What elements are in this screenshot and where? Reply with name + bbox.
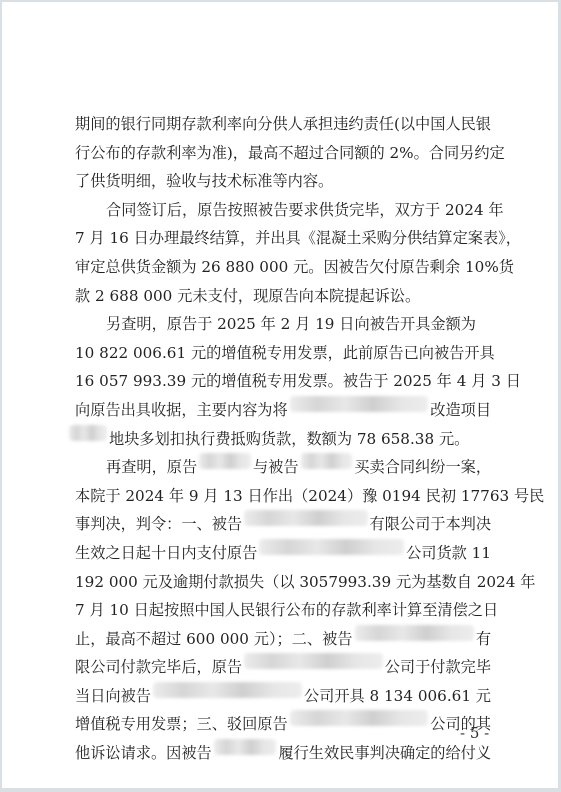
text-segment: 增值税专用发票；三、驳回原告	[75, 710, 288, 739]
text-line: 增值税专用发票；三、驳回原告 公司的其	[75, 710, 491, 739]
redacted-block	[214, 739, 277, 755]
text-line: 16 057 993.39 元的增值税专用发票。被告于 2025 年 4 月 3…	[75, 367, 491, 396]
text-segment: 限公司付款完毕后，原告	[75, 653, 242, 682]
text-segment: 地块多划扣执行费抵购货款，数额为 78 658.38 元。	[109, 425, 469, 454]
text-line: 192 000 元及逾期付款损失（以 3057993.39 元为基数自 2024…	[75, 568, 491, 597]
redacted-block	[301, 453, 353, 469]
redacted-block	[69, 425, 107, 441]
text-segment: 生效之日起十日内支付原告	[75, 539, 257, 568]
text-segment: 公司开具 8 134 006.61 元	[304, 682, 491, 711]
text-line: 本院于 2024 年 9 月 13 日作出（2024）豫 0194 民初 177…	[75, 482, 491, 511]
text-segment: 当日向被告	[75, 682, 151, 711]
document-body: 期间的银行同期存款利率向分供人承担违约责任(以中国人民银 行公布的存款利率为准)…	[75, 110, 491, 768]
page-number: - 5 -	[460, 724, 489, 742]
text-line: 了供货明细，验收与技术标准等内容。	[75, 167, 491, 196]
text-segment: 与被告	[253, 453, 299, 482]
redacted-block	[244, 510, 367, 526]
text-segment: 有	[476, 625, 491, 654]
text-line: 款 2 688 000 元未支付，现原告向本院提起诉讼。	[75, 282, 491, 311]
text-line: 合同签订后，原告按照被告要求供货完毕，双方于 2024 年	[75, 196, 491, 225]
redacted-block	[199, 453, 251, 469]
text-segment: 公司于付款完毕	[385, 653, 491, 682]
text-line: 期间的银行同期存款利率向分供人承担违约责任(以中国人民银	[75, 110, 491, 139]
text-line: 地块多划扣执行费抵购货款，数额为 78 658.38 元。	[75, 425, 491, 454]
text-segment: 再查明，原告	[106, 453, 197, 482]
text-segment: 有限公司于本判决	[370, 510, 492, 539]
text-line: 7 月 10 日起按照中国人民银行公布的存款利率计算至清偿之日	[75, 596, 491, 625]
text-line: 审定总供货金额为 26 880 000 元。因被告欠付原告剩余 10%货	[75, 253, 491, 282]
redacted-block	[290, 396, 429, 412]
text-segment: 买卖合同纠纷一案，	[354, 453, 491, 482]
text-segment: 向原告出具收据，主要内容为将	[75, 396, 288, 425]
text-line: 7 月 16 日办理最终结算，并出具《混凝土采购分供结算定案表》，	[75, 224, 491, 253]
text-line: 再查明，原告 与被告 买卖合同纠纷一案，	[75, 453, 491, 482]
document-page: 期间的银行同期存款利率向分供人承担违约责任(以中国人民银 行公布的存款利率为准)…	[2, 2, 558, 788]
redacted-block	[259, 539, 404, 555]
text-line: 行公布的存款利率为准)，最高不超过合同额的 2%。合同另约定	[75, 139, 491, 168]
redacted-block	[290, 710, 429, 726]
text-line: 他诉讼请求。因被告 履行生效民事判决确定的给付义	[75, 739, 491, 768]
text-line: 10 822 006.61 元的增值税专用发票，此前原告已向被告开具	[75, 339, 491, 368]
text-segment: 公司货款 11	[406, 539, 491, 568]
redacted-block	[153, 682, 302, 698]
text-line: 事判决，判令：一、被告 有限公司于本判决	[75, 510, 491, 539]
text-line: 生效之日起十日内支付原告 公司货款 11	[75, 539, 491, 568]
redacted-block	[355, 625, 474, 641]
text-line: 限公司付款完毕后，原告 公司于付款完毕	[75, 653, 491, 682]
text-line: 另查明，原告于 2025 年 2 月 19 日向被告开具金额为	[75, 310, 491, 339]
text-line: 止，最高不超过 600 000 元）；二、被告 有	[75, 625, 491, 654]
text-line: 当日向被告 公司开具 8 134 006.61 元	[75, 682, 491, 711]
text-segment: 改造项目	[430, 396, 491, 425]
redacted-block	[244, 653, 383, 669]
text-segment: 履行生效民事判决确定的给付义	[278, 739, 491, 768]
text-segment: 他诉讼请求。因被告	[75, 739, 212, 768]
text-segment: 事判决，判令：一、被告	[75, 510, 242, 539]
text-segment: 止，最高不超过 600 000 元）；二、被告	[75, 625, 353, 654]
text-line: 向原告出具收据，主要内容为将 改造项目	[75, 396, 491, 425]
